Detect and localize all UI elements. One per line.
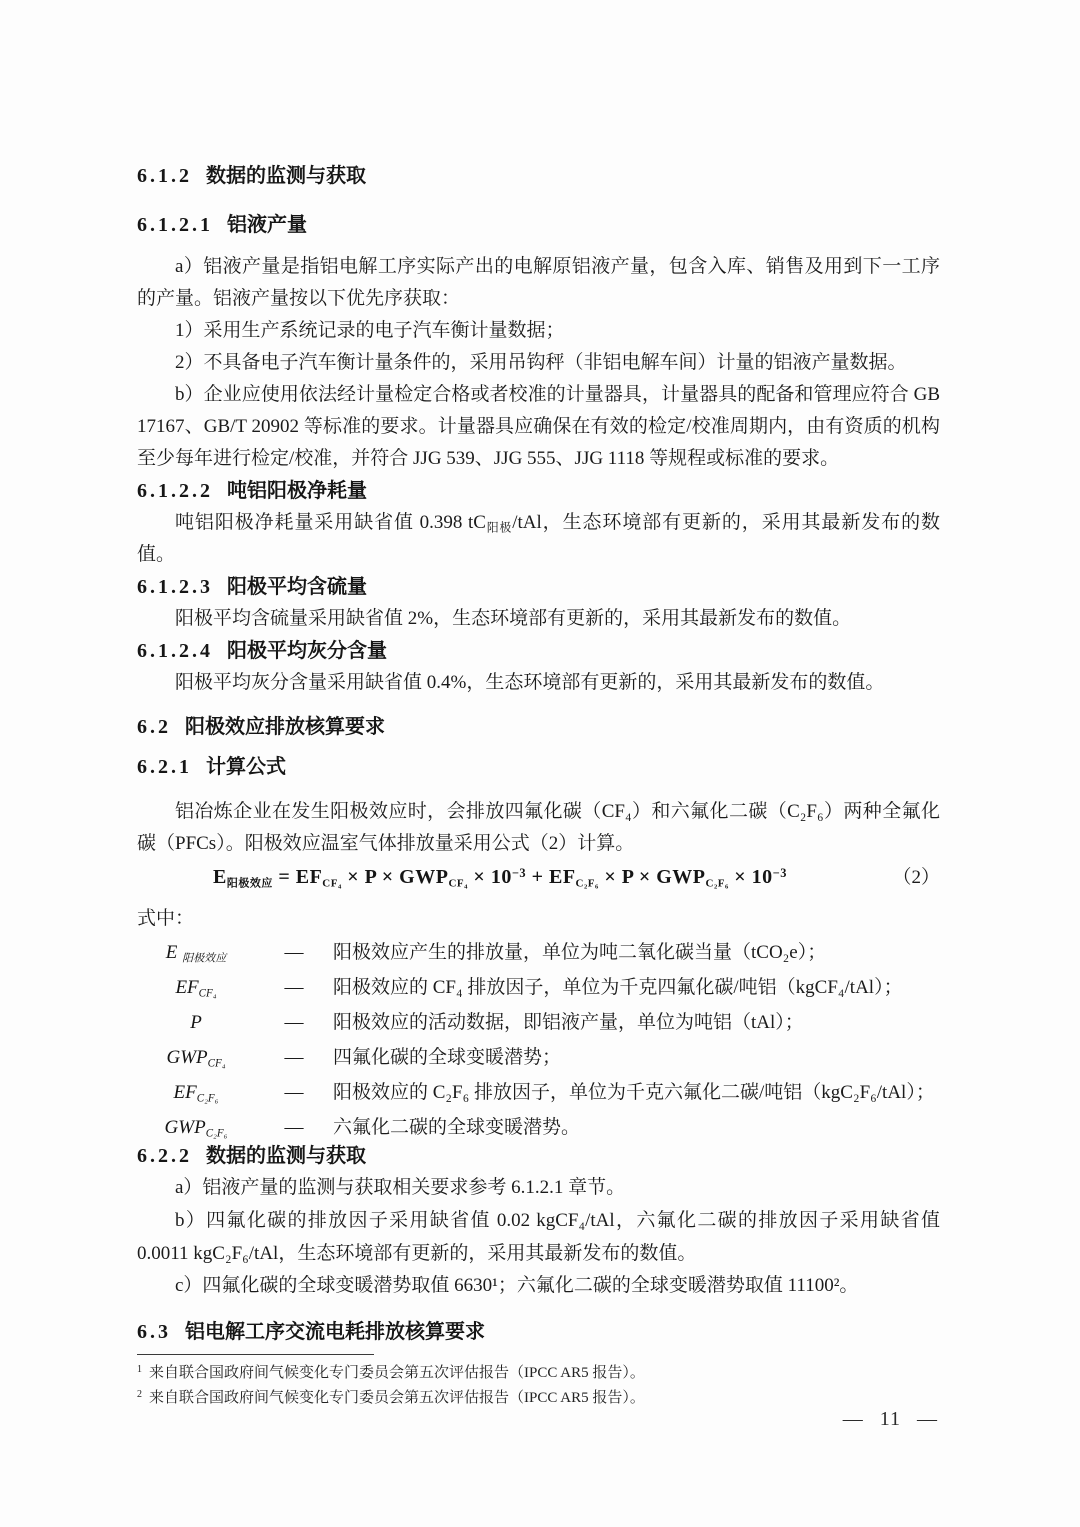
heading-number: 6.3 xyxy=(137,1321,171,1343)
paragraph-6122: 吨铝阳极净耗量采用缺省值 0.398 tC阳极/tAl，生态环境部有更新的，采用… xyxy=(137,507,940,571)
definition-row: EFC₂F₆ — 阳极效应的 C₂F₆ 排放因子，单位为千克六氟化二碳/吨铝（k… xyxy=(137,1075,940,1110)
definition-row: P — 阳极效应的活动数据，即铝液产量，单位为吨铝（tAl）； xyxy=(137,1005,940,1040)
heading-title: 阳极平均灰分含量 xyxy=(227,640,387,662)
equation-number: （2） xyxy=(892,861,940,895)
definition-term: E 阳极效应 xyxy=(137,935,255,970)
footnote-divider xyxy=(137,1354,374,1355)
paragraph-6124: 阳极平均灰分含量采用缺省值 0.4%，生态环境部有更新的，采用其最新发布的数值。 xyxy=(137,667,940,699)
heading-title: 数据的监测与获取 xyxy=(206,1145,366,1167)
definition-term: GWPCF₄ xyxy=(137,1040,255,1075)
anode-effect-formula: E阳极效应 = EFCF₄ × P × GWPCF₄ × 10−3 + EFC₂… xyxy=(213,860,787,894)
definition-dash: — xyxy=(255,1005,333,1040)
list-item-2: 2）不具备电子汽车衡计量条件的，采用吊钩秤（非铝电解车间）计量的铝液产量数据。 xyxy=(137,347,940,379)
heading-number: 6.1.2 xyxy=(137,165,192,187)
heading-6-1-2-2: 6.1.2.2吨铝阳极净耗量 xyxy=(137,475,940,507)
heading-number: 6.2.2 xyxy=(137,1145,192,1167)
heading-number: 6.1.2.3 xyxy=(137,576,213,598)
page-number: — 11 — xyxy=(843,1408,938,1431)
footnote-text: 来自联合国政府间气候变化专门委员会第五次评估报告（IPCC AR5 报告）。 xyxy=(149,1361,645,1386)
heading-title: 铝液产量 xyxy=(227,214,307,236)
where-label: 式中： xyxy=(137,903,940,935)
heading-title: 吨铝阳极净耗量 xyxy=(227,480,367,502)
heading-title: 阳极效应排放核算要求 xyxy=(185,716,385,738)
heading-title: 铝电解工序交流电耗排放核算要求 xyxy=(185,1321,485,1343)
document-page: 6.1.2数据的监测与获取 6.1.2.1铝液产量 a）铝液产量是指铝电解工序实… xyxy=(0,0,1080,1527)
definition-desc: 阳极效应的活动数据，即铝液产量，单位为吨铝（tAl）； xyxy=(333,1005,940,1040)
heading-number: 6.1.2.4 xyxy=(137,640,213,662)
paragraph-6121-b: b）企业应使用依法经计量检定合格或者校准的计量器具，计量器具的配备和管理应符合 … xyxy=(137,379,940,475)
definition-desc: 阳极效应的 C₂F₆ 排放因子，单位为千克六氟化二碳/吨铝（kgC₂F₆/tAl… xyxy=(333,1075,940,1110)
paragraph-622-a: a）铝液产量的监测与获取相关要求参考 6.1.2.1 章节。 xyxy=(137,1172,940,1204)
definition-row: GWPCF₄ — 四氟化碳的全球变暖潜势； xyxy=(137,1040,940,1075)
definition-term: EFC₂F₆ xyxy=(137,1075,255,1110)
heading-6-1-2: 6.1.2数据的监测与获取 xyxy=(137,160,940,192)
heading-6-2-1: 6.2.1计算公式 xyxy=(137,751,940,783)
definition-desc: 阳极效应的 CF₄ 排放因子，单位为千克四氟化碳/吨铝（kgCF₄/tAl）； xyxy=(333,970,940,1005)
definition-term: P xyxy=(137,1005,255,1040)
page-number-dash-right: — xyxy=(917,1408,938,1431)
definition-list: E 阳极效应 — 阳极效应产生的排放量，单位为吨二氧化碳当量（tCO₂e）； E… xyxy=(137,935,940,1145)
heading-number: 6.1.2.2 xyxy=(137,480,213,502)
definition-desc: 阳极效应产生的排放量，单位为吨二氧化碳当量（tCO₂e）； xyxy=(333,935,940,970)
definition-desc: 六氟化二碳的全球变暖潜势。 xyxy=(333,1110,940,1145)
definition-dash: — xyxy=(255,1075,333,1110)
formula-row: E阳极效应 = EFCF₄ × P × GWPCF₄ × 10−3 + EFC₂… xyxy=(137,860,940,895)
page-number-dash-left: — xyxy=(843,1408,864,1431)
paragraph-6123: 阳极平均含硫量采用缺省值 2%，生态环境部有更新的，采用其最新发布的数值。 xyxy=(137,603,940,635)
footnote-marker: 1 xyxy=(137,1357,142,1382)
list-item-1: 1）采用生产系统记录的电子汽车衡计量数据； xyxy=(137,315,940,347)
footnote-1: 1 来自联合国政府间气候变化专门委员会第五次评估报告（IPCC AR5 报告）。 xyxy=(137,1361,940,1386)
heading-6-2: 6.2阳极效应排放核算要求 xyxy=(137,711,940,743)
paragraph-622-c: c）四氟化碳的全球变暖潜势取值 6630¹；六氟化二碳的全球变暖潜势取值 111… xyxy=(137,1270,940,1302)
heading-6-1-2-4: 6.1.2.4阳极平均灰分含量 xyxy=(137,635,940,667)
definition-desc: 四氟化碳的全球变暖潜势； xyxy=(333,1040,940,1075)
heading-number: 6.2.1 xyxy=(137,756,192,778)
definition-row: E 阳极效应 — 阳极效应产生的排放量，单位为吨二氧化碳当量（tCO₂e）； xyxy=(137,935,940,970)
footnotes: 1 来自联合国政府间气候变化专门委员会第五次评估报告（IPCC AR5 报告）。… xyxy=(137,1361,940,1411)
heading-title: 阳极平均含硫量 xyxy=(227,576,367,598)
definition-dash: — xyxy=(255,970,333,1005)
paragraph-6121-a: a）铝液产量是指铝电解工序实际产出的电解原铝液产量，包含入库、销售及用到下一工序… xyxy=(137,251,940,315)
footnote-2: 2 来自联合国政府间气候变化专门委员会第五次评估报告（IPCC AR5 报告）。 xyxy=(137,1386,940,1411)
heading-number: 6.1.2.1 xyxy=(137,214,213,236)
heading-6-1-2-3: 6.1.2.3阳极平均含硫量 xyxy=(137,571,940,603)
heading-6-1-2-1: 6.1.2.1铝液产量 xyxy=(137,209,940,241)
heading-number: 6.2 xyxy=(137,716,171,738)
page-number-value: 11 xyxy=(880,1408,901,1431)
definition-row: EFCF₄ — 阳极效应的 CF₄ 排放因子，单位为千克四氟化碳/吨铝（kgCF… xyxy=(137,970,940,1005)
definition-term: EFCF₄ xyxy=(137,970,255,1005)
footnote-marker: 2 xyxy=(137,1382,142,1407)
footnote-text: 来自联合国政府间气候变化专门委员会第五次评估报告（IPCC AR5 报告）。 xyxy=(149,1386,645,1411)
heading-title: 数据的监测与获取 xyxy=(206,165,366,187)
paragraph-621-intro: 铝冶炼企业在发生阳极效应时，会排放四氟化碳（CF₄）和六氟化二碳（C₂F₆）两种… xyxy=(137,796,940,860)
heading-6-3: 6.3铝电解工序交流电耗排放核算要求 xyxy=(137,1316,940,1348)
definition-dash: — xyxy=(255,1040,333,1075)
heading-title: 计算公式 xyxy=(206,756,286,778)
definition-dash: — xyxy=(255,935,333,970)
paragraph-622-b: b）四氟化碳的排放因子采用缺省值 0.02 kgCF₄/tAl，六氟化二碳的排放… xyxy=(137,1204,940,1270)
